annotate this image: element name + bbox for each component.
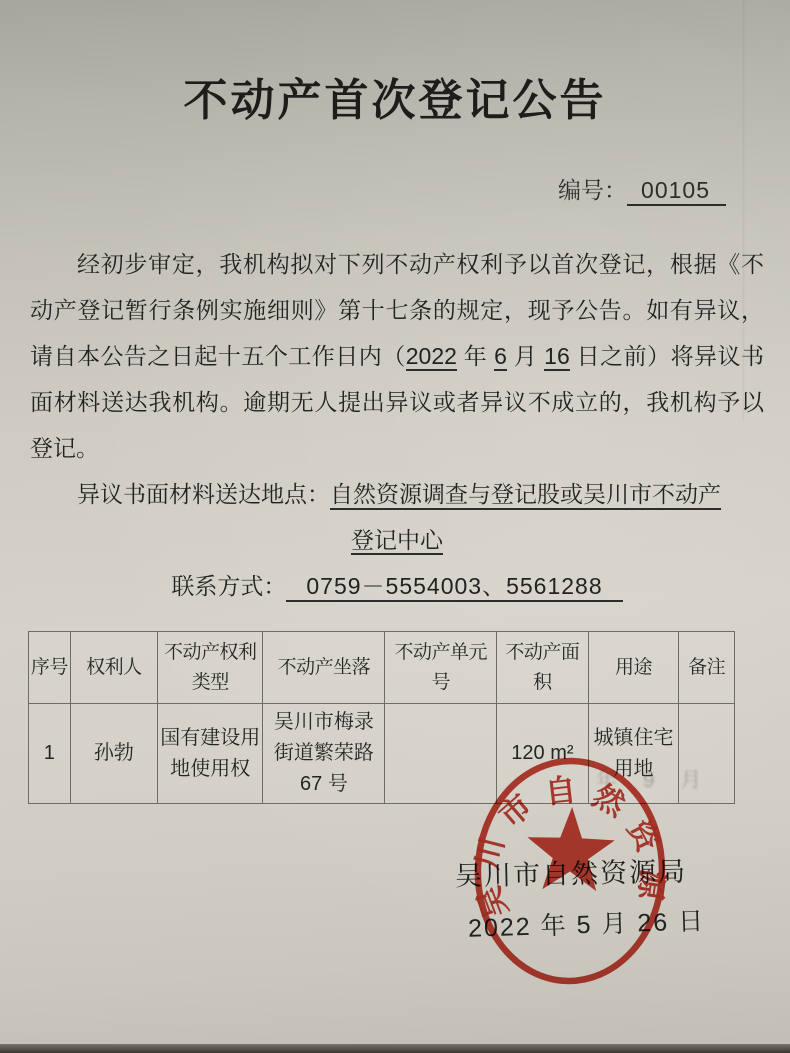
seal-star-icon bbox=[526, 806, 616, 892]
contact-line: 联系方式：0759－5554003、5561288 bbox=[30, 563, 764, 609]
deadline-day: 16 bbox=[544, 343, 570, 371]
serial-number-line: 编号：00105 bbox=[0, 172, 790, 205]
column-header-location: 不动产坐落 bbox=[263, 632, 385, 704]
serial-label: 编号： bbox=[558, 177, 627, 203]
contact-value: 0759－5554003、5561288 bbox=[286, 573, 622, 602]
document-photo: 不动产首次登记公告 编号：00105 经初步审定，我机构拟对下列不动产权利予以首… bbox=[0, 0, 790, 1053]
address-line-2: 登记中心 bbox=[30, 517, 764, 563]
address-value-line2: 登记中心 bbox=[351, 527, 443, 555]
column-header-unit-number: 不动产单元号 bbox=[385, 632, 497, 704]
column-header-right-type: 不动产权利类型 bbox=[158, 632, 263, 704]
announcement-paragraph: 经初步审定，我机构拟对下列不动产权利予以首次登记，根据《不动产登记暂行条例实施细… bbox=[30, 241, 764, 471]
address-label: 异议书面材料送达地点： bbox=[77, 481, 330, 507]
column-header-usage: 用途 bbox=[588, 632, 678, 704]
paragraph-segment: 年 bbox=[457, 343, 494, 369]
cell-right-type: 国有建设用地使用权 bbox=[158, 704, 263, 804]
deadline-year: 2022 bbox=[406, 343, 457, 371]
page-title: 不动产首次登记公告 bbox=[0, 64, 790, 128]
column-header-area: 不动产面积 bbox=[497, 632, 589, 704]
column-header-remarks: 备注 bbox=[679, 632, 735, 704]
paragraph-segment: 月 bbox=[507, 343, 544, 369]
column-header-index: 序号 bbox=[29, 632, 71, 704]
address-value-line1: 自然资源调查与登记股或吴川市不动产 bbox=[330, 481, 721, 510]
official-seal: 吴川市自然资源局 bbox=[436, 734, 705, 1005]
address-line: 异议书面材料送达地点：自然资源调查与登记股或吴川市不动产 bbox=[30, 471, 764, 517]
cell-location: 吴川市梅录街道繁荣路 67 号 bbox=[263, 704, 385, 804]
table-header-row: 序号 权利人 不动产权利类型 不动产坐落 不动产单元号 不动产面积 用途 备注 bbox=[29, 632, 735, 704]
serial-value: 00105 bbox=[627, 177, 726, 206]
photo-bottom-edge bbox=[0, 1044, 790, 1053]
cell-rights-holder: 孙勃 bbox=[70, 704, 158, 804]
column-header-rights-holder: 权利人 bbox=[70, 632, 158, 704]
contact-label: 联系方式： bbox=[171, 573, 286, 599]
deadline-month: 6 bbox=[494, 343, 507, 371]
cell-index: 1 bbox=[29, 704, 71, 804]
